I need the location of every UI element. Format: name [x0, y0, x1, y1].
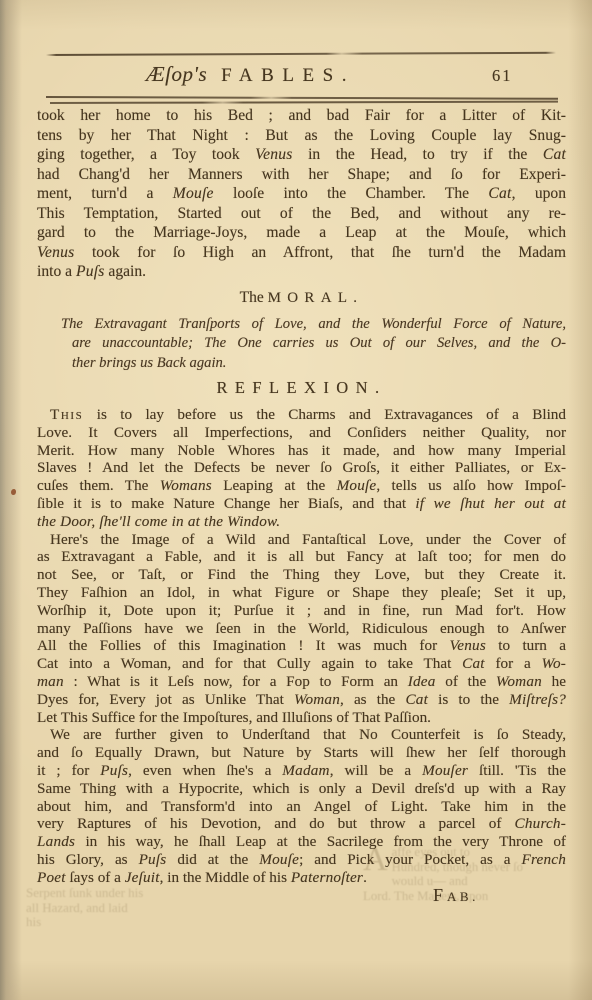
text-line: Slaves ! And let the Defects be never ſo… — [37, 459, 566, 477]
text-line: Here's the Image of a Wild and Fantaſtic… — [37, 531, 566, 549]
page-number: 61 — [492, 66, 513, 86]
text-line: The Extravagant Tranſports of Love, and … — [61, 315, 566, 335]
header-rule-double-lower — [50, 101, 558, 104]
text-line: took her home to his Bed ; and bad Fair … — [37, 106, 566, 126]
text-line: ging together, a Toy took Venus in the H… — [37, 145, 566, 165]
text-line: gard to the Marriage-Joys, made a Leap a… — [37, 223, 566, 243]
header-rule-top — [46, 52, 556, 56]
showthrough-text-left: Serpent ſunk under hisall Hazard, and la… — [26, 886, 206, 930]
text-line: ment, turn'd a Mouſe looſe into the Cham… — [37, 184, 566, 204]
text-line: his Glory, as Puſs did at the Mouſe; and… — [37, 851, 566, 869]
text-line: We are further given to Underſtand that … — [37, 726, 566, 744]
text-line: Same Thing with a Hypocrite, which is on… — [37, 780, 566, 798]
text-line: not See, or Taſt, or Find the Thing they… — [37, 566, 566, 584]
reflexion-paragraph-3: We are further given to Underſtand that … — [37, 726, 566, 886]
text-line: Merit. How many Noble Whores has it made… — [37, 442, 566, 460]
text-line: very Raptures of his Devotion, and do bu… — [37, 815, 566, 833]
reflexion-heading: REFLEXION. — [37, 378, 566, 399]
text-line: Cat into a Woman, and for that Cully aga… — [37, 655, 566, 673]
text-line: This is to lay before us the Charms and … — [37, 406, 566, 424]
text-line: it ; for Puſs, even when ſhe's a Madam, … — [37, 762, 566, 780]
text-line: many Paſſions have we ſeen in the World,… — [37, 620, 566, 638]
moral-heading-word: MORAL. — [268, 290, 364, 306]
text-line: cuſes them. The Womans Leaping at the Mo… — [37, 477, 566, 495]
text-column: took her home to his Bed ; and bad Fair … — [37, 106, 566, 887]
text-line: Venus took for ſo High an Affront, that … — [37, 243, 566, 263]
book-title-caps: FABLES. — [221, 65, 355, 86]
text-line: and ſo Equally Drawn, but Nature by Star… — [37, 744, 566, 762]
text-line: Love. It Covers all Imperfections, and C… — [37, 424, 566, 442]
showthrough-line: Serpent ſunk under his — [26, 886, 206, 901]
text-line: into a Puſs again. — [37, 262, 566, 282]
text-line: Worſhip it, Dote upon it; Purſue it ; an… — [37, 602, 566, 620]
book-title-italic: Æſop's — [146, 62, 207, 86]
catchword: FAB. — [433, 885, 479, 906]
text-line: Lands in his way, he ſhall Leap at the S… — [37, 833, 566, 851]
text-line: Dyes for, Every jot as Unlike That Woman… — [37, 691, 566, 709]
reflexion-paragraph-2: Here's the Image of a Wild and Fantaſtic… — [37, 531, 566, 727]
text-line: as Extravagant a Fable, and it is all bu… — [37, 548, 566, 566]
showthrough-line: all Hazard, and laid — [26, 901, 206, 916]
text-line: the Door, ſhe'll come in at the Window. — [37, 513, 566, 531]
text-line: tens by her That Night : But as the Lovi… — [37, 126, 566, 146]
text-line: Let This Suffice for the Impoſtures, and… — [37, 709, 566, 727]
text-line: man : What is it Leſs now, for a Fop to … — [37, 673, 566, 691]
header-rule-double-upper — [46, 96, 558, 99]
text-line: ſible it is to make Nature Change her Bi… — [37, 495, 566, 513]
ink-speck — [11, 489, 16, 495]
moral-heading-prefix: The — [240, 289, 268, 306]
text-line: had Chang'd her Manners with her Shape; … — [37, 165, 566, 185]
showthrough-line: his — [26, 915, 206, 930]
text-line: ther brings us Back again. — [61, 354, 566, 374]
text-line: Poet ſays of a Jeſuit, in the Middle of … — [37, 869, 566, 887]
moral-heading: The MORAL. — [37, 289, 566, 308]
moral-text: The Extravagant Tranſports of Love, and … — [61, 315, 566, 374]
running-header: Æſop'sFABLES. — [146, 62, 355, 87]
book-page-scan: Æſop'sFABLES. 61 took her home to his Be… — [0, 0, 592, 1000]
reflexion-paragraph-1: This is to lay before us the Charms and … — [37, 406, 566, 531]
text-line: All the Follies of this Imagination ! It… — [37, 637, 566, 655]
text-line: about him, and Transform'd into an Angel… — [37, 798, 566, 816]
text-line: They Faſhion an Idol, in what Figure or … — [37, 584, 566, 602]
opening-paragraph: took her home to his Bed ; and bad Fair … — [37, 106, 566, 282]
text-line: This Temptation, Started out of the Bed,… — [37, 204, 566, 224]
text-line: are unaccountable; The One carries us Ou… — [61, 334, 566, 354]
